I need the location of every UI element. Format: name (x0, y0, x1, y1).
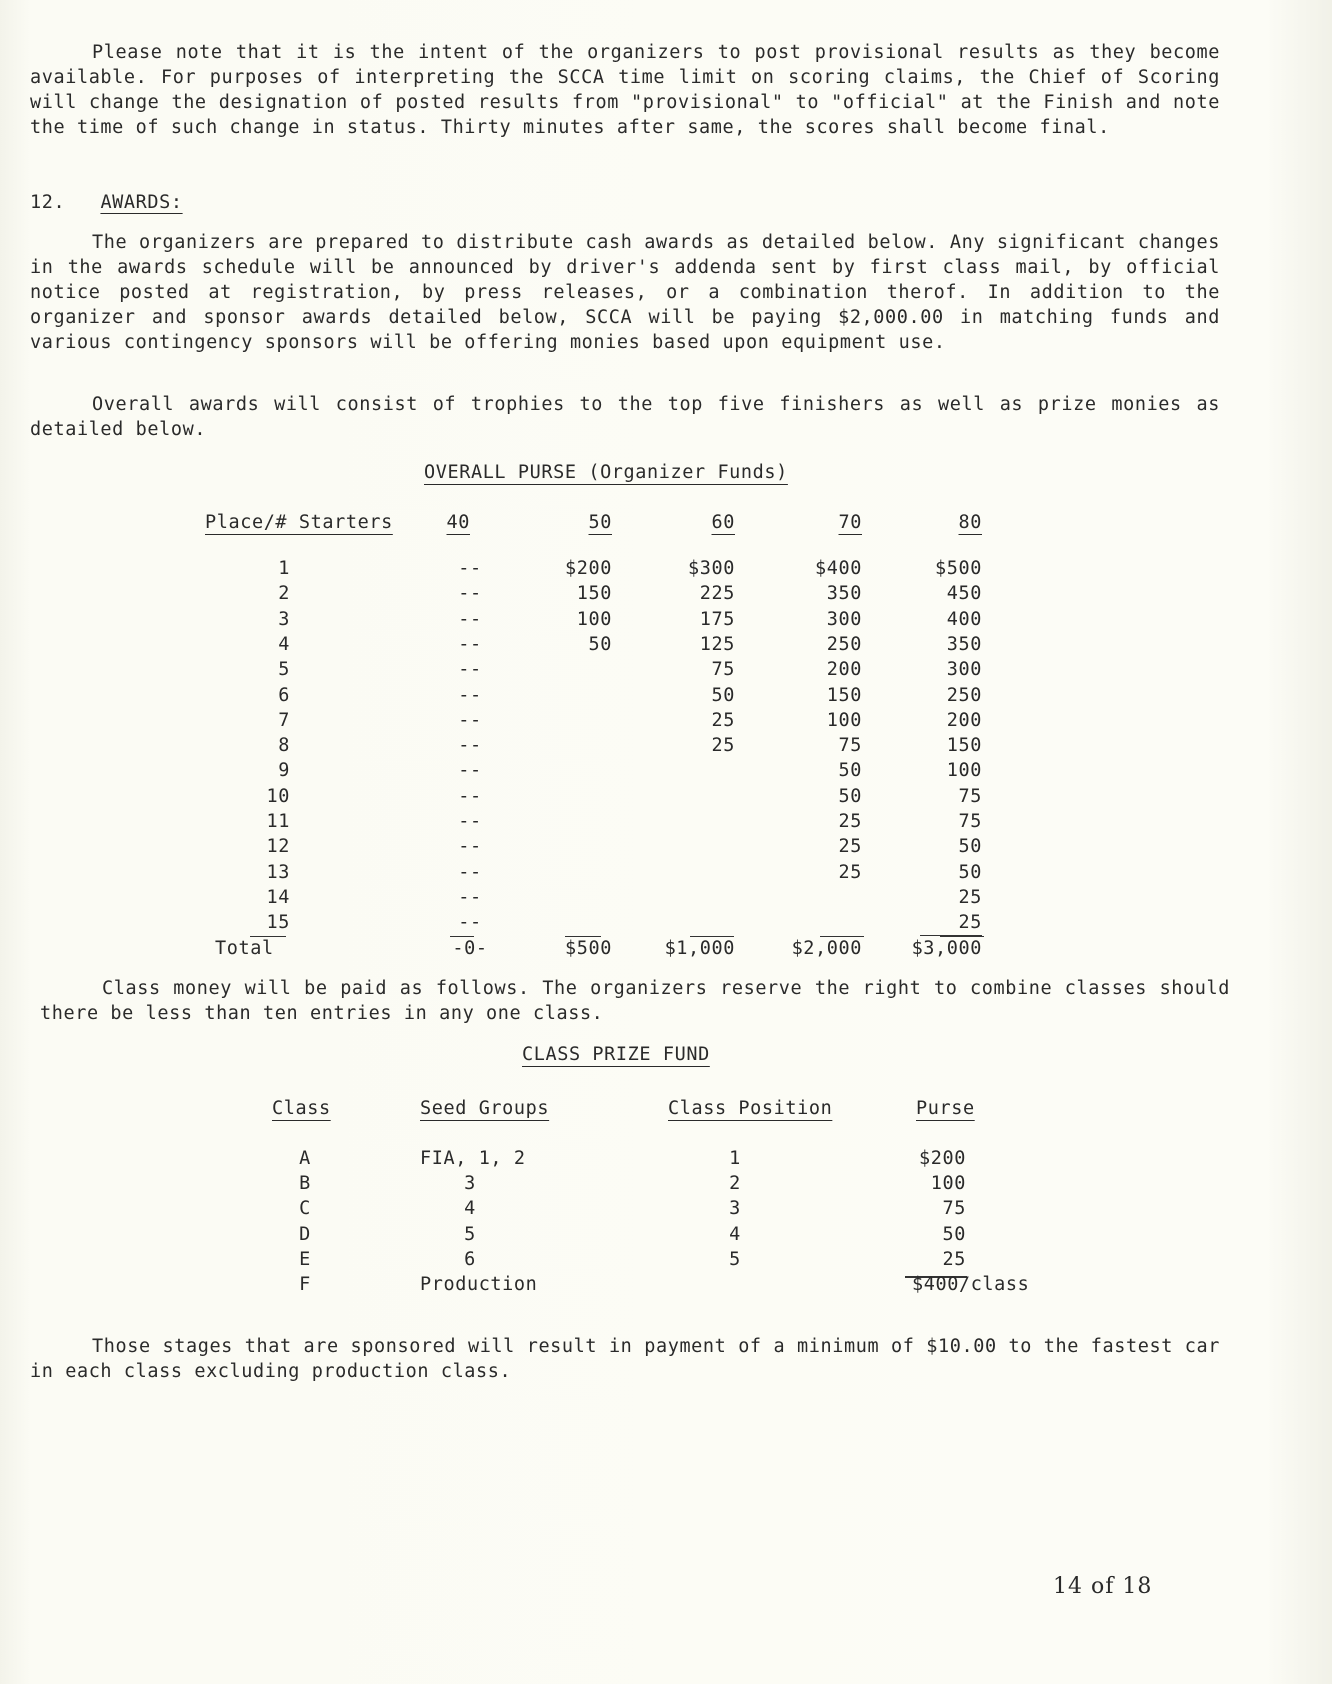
purse-cell: 450 (892, 583, 982, 604)
place-number: 2 (250, 583, 290, 604)
purse-cell: 350 (772, 583, 862, 604)
place-number: 3 (250, 609, 290, 630)
place-number: 12 (250, 836, 290, 857)
purse-cell: 75 (892, 811, 982, 832)
purse-cell: 250 (892, 685, 982, 706)
purse-cell: -- (440, 735, 500, 756)
class-letter: C (290, 1198, 320, 1219)
purse-cell: -- (440, 659, 500, 680)
purse-cell: -- (440, 710, 500, 731)
class-money-paragraph: Class money will be paid as follows. The… (40, 976, 1230, 1026)
seed-group: 5 (440, 1224, 500, 1245)
purse-cell: $300 (645, 558, 735, 579)
purse-cell: 25 (892, 912, 982, 933)
purse-cell: 150 (772, 685, 862, 706)
class-purse: 25 (900, 1249, 966, 1270)
purse-cell: -- (440, 786, 500, 807)
section-heading: 12. AWARDS: (30, 192, 183, 213)
purse-cell: -- (440, 583, 500, 604)
place-number: 6 (250, 685, 290, 706)
class-position: 1 (720, 1148, 750, 1169)
class-purse: 75 (900, 1198, 966, 1219)
purse-cell: -- (440, 609, 500, 630)
purse-cell: -- (440, 912, 500, 933)
awards-paragraph: The organizers are prepared to distribut… (30, 230, 1220, 355)
column-header-place: Place/# Starters (205, 512, 393, 533)
purse-cell: 75 (892, 786, 982, 807)
column-header-class-position: Class Position (668, 1098, 832, 1119)
class-position: 4 (720, 1224, 750, 1245)
column-header-purse: Purse (916, 1098, 975, 1119)
purse-cell: 75 (772, 735, 862, 756)
purse-cell: 200 (772, 659, 862, 680)
purse-cell: 350 (892, 634, 982, 655)
purse-cell: 100 (772, 710, 862, 731)
overall-paragraph: Overall awards will consist of trophies … (30, 392, 1220, 442)
column-header-seed-groups: Seed Groups (420, 1098, 549, 1119)
place-number: 14 (250, 887, 290, 908)
closing-paragraph: Those stages that are sponsored will res… (30, 1334, 1220, 1384)
total-rule (920, 935, 982, 937)
purse-cell: 225 (645, 583, 735, 604)
purse-cell: 125 (645, 634, 735, 655)
seed-group: 3 (440, 1173, 500, 1194)
class-purse-total: $400/class (912, 1274, 1029, 1295)
purse-cell: 75 (645, 659, 735, 680)
section-title: AWARDS: (100, 192, 182, 213)
purse-cell: $200 (522, 558, 612, 579)
purse-cell: 150 (522, 583, 612, 604)
class-letter: A (290, 1148, 320, 1169)
purse-cell: 250 (772, 634, 862, 655)
purse-cell: 50 (772, 760, 862, 781)
purse-cell: -- (440, 558, 500, 579)
column-header-starters: 40 (430, 512, 470, 533)
seed-group: 4 (440, 1198, 500, 1219)
column-header-class: Class (272, 1098, 331, 1119)
purse-cell: -- (440, 862, 500, 883)
column-header-starters: 80 (922, 512, 982, 533)
place-number: 8 (250, 735, 290, 756)
document-page: Please note that it is the intent of the… (0, 0, 1332, 1684)
purse-cell: -- (440, 634, 500, 655)
total-cell: $3,000 (872, 938, 982, 959)
purse-cell: 25 (645, 735, 735, 756)
class-purse: 50 (900, 1224, 966, 1245)
purse-cell: 50 (892, 862, 982, 883)
place-number: 15 (250, 912, 290, 933)
place-number: 9 (250, 760, 290, 781)
total-label: Total (215, 938, 274, 959)
place-number: 1 (250, 558, 290, 579)
place-number: 11 (250, 811, 290, 832)
seed-group: Production (420, 1274, 537, 1295)
purse-cell: 50 (522, 634, 612, 655)
seed-group: 6 (440, 1249, 500, 1270)
section-number: 12. (30, 192, 65, 213)
class-position: 2 (720, 1173, 750, 1194)
purse-cell: -- (440, 811, 500, 832)
place-number: 10 (250, 786, 290, 807)
total-cell: $500 (502, 938, 612, 959)
purse-cell: -- (440, 887, 500, 908)
purse-cell: 100 (522, 609, 612, 630)
purse-cell: 50 (645, 685, 735, 706)
class-purse: $200 (900, 1148, 966, 1169)
class-letter: E (290, 1249, 320, 1270)
overall-purse-title: OVERALL PURSE (Organizer Funds) (424, 462, 788, 483)
place-number: 4 (250, 634, 290, 655)
page-number: 14 of 18 (1053, 1574, 1152, 1599)
purse-cell: 200 (892, 710, 982, 731)
purse-cell: $400 (772, 558, 862, 579)
purse-cell: $500 (892, 558, 982, 579)
class-position: 5 (720, 1249, 750, 1270)
class-prize-fund-title: CLASS PRIZE FUND (522, 1044, 710, 1065)
class-position: 3 (720, 1198, 750, 1219)
purse-cell: 25 (772, 811, 862, 832)
purse-cell: -- (440, 685, 500, 706)
purse-cell: 400 (892, 609, 982, 630)
seed-group: FIA, 1, 2 (420, 1148, 526, 1169)
purse-cell: 25 (772, 862, 862, 883)
class-letter: F (290, 1274, 320, 1295)
purse-cell: 100 (892, 760, 982, 781)
purse-cell: 25 (772, 836, 862, 857)
purse-cell: -- (440, 836, 500, 857)
purse-cell: 50 (772, 786, 862, 807)
class-letter: B (290, 1173, 320, 1194)
intro-paragraph: Please note that it is the intent of the… (30, 40, 1220, 140)
place-number: 13 (250, 862, 290, 883)
total-cell: $2,000 (752, 938, 862, 959)
purse-cell: 150 (892, 735, 982, 756)
purse-cell: 300 (892, 659, 982, 680)
purse-cell: -- (440, 760, 500, 781)
class-purse: 100 (900, 1173, 966, 1194)
place-number: 7 (250, 710, 290, 731)
total-cell: -0- (440, 938, 500, 959)
purse-cell: 50 (892, 836, 982, 857)
class-letter: D (290, 1224, 320, 1245)
purse-cell: 25 (645, 710, 735, 731)
purse-cell: 25 (892, 887, 982, 908)
place-number: 5 (250, 659, 290, 680)
column-header-starters: 50 (552, 512, 612, 533)
column-header-starters: 70 (802, 512, 862, 533)
purse-cell: 300 (772, 609, 862, 630)
total-cell: $1,000 (625, 938, 735, 959)
column-header-starters: 60 (675, 512, 735, 533)
purse-cell: 175 (645, 609, 735, 630)
